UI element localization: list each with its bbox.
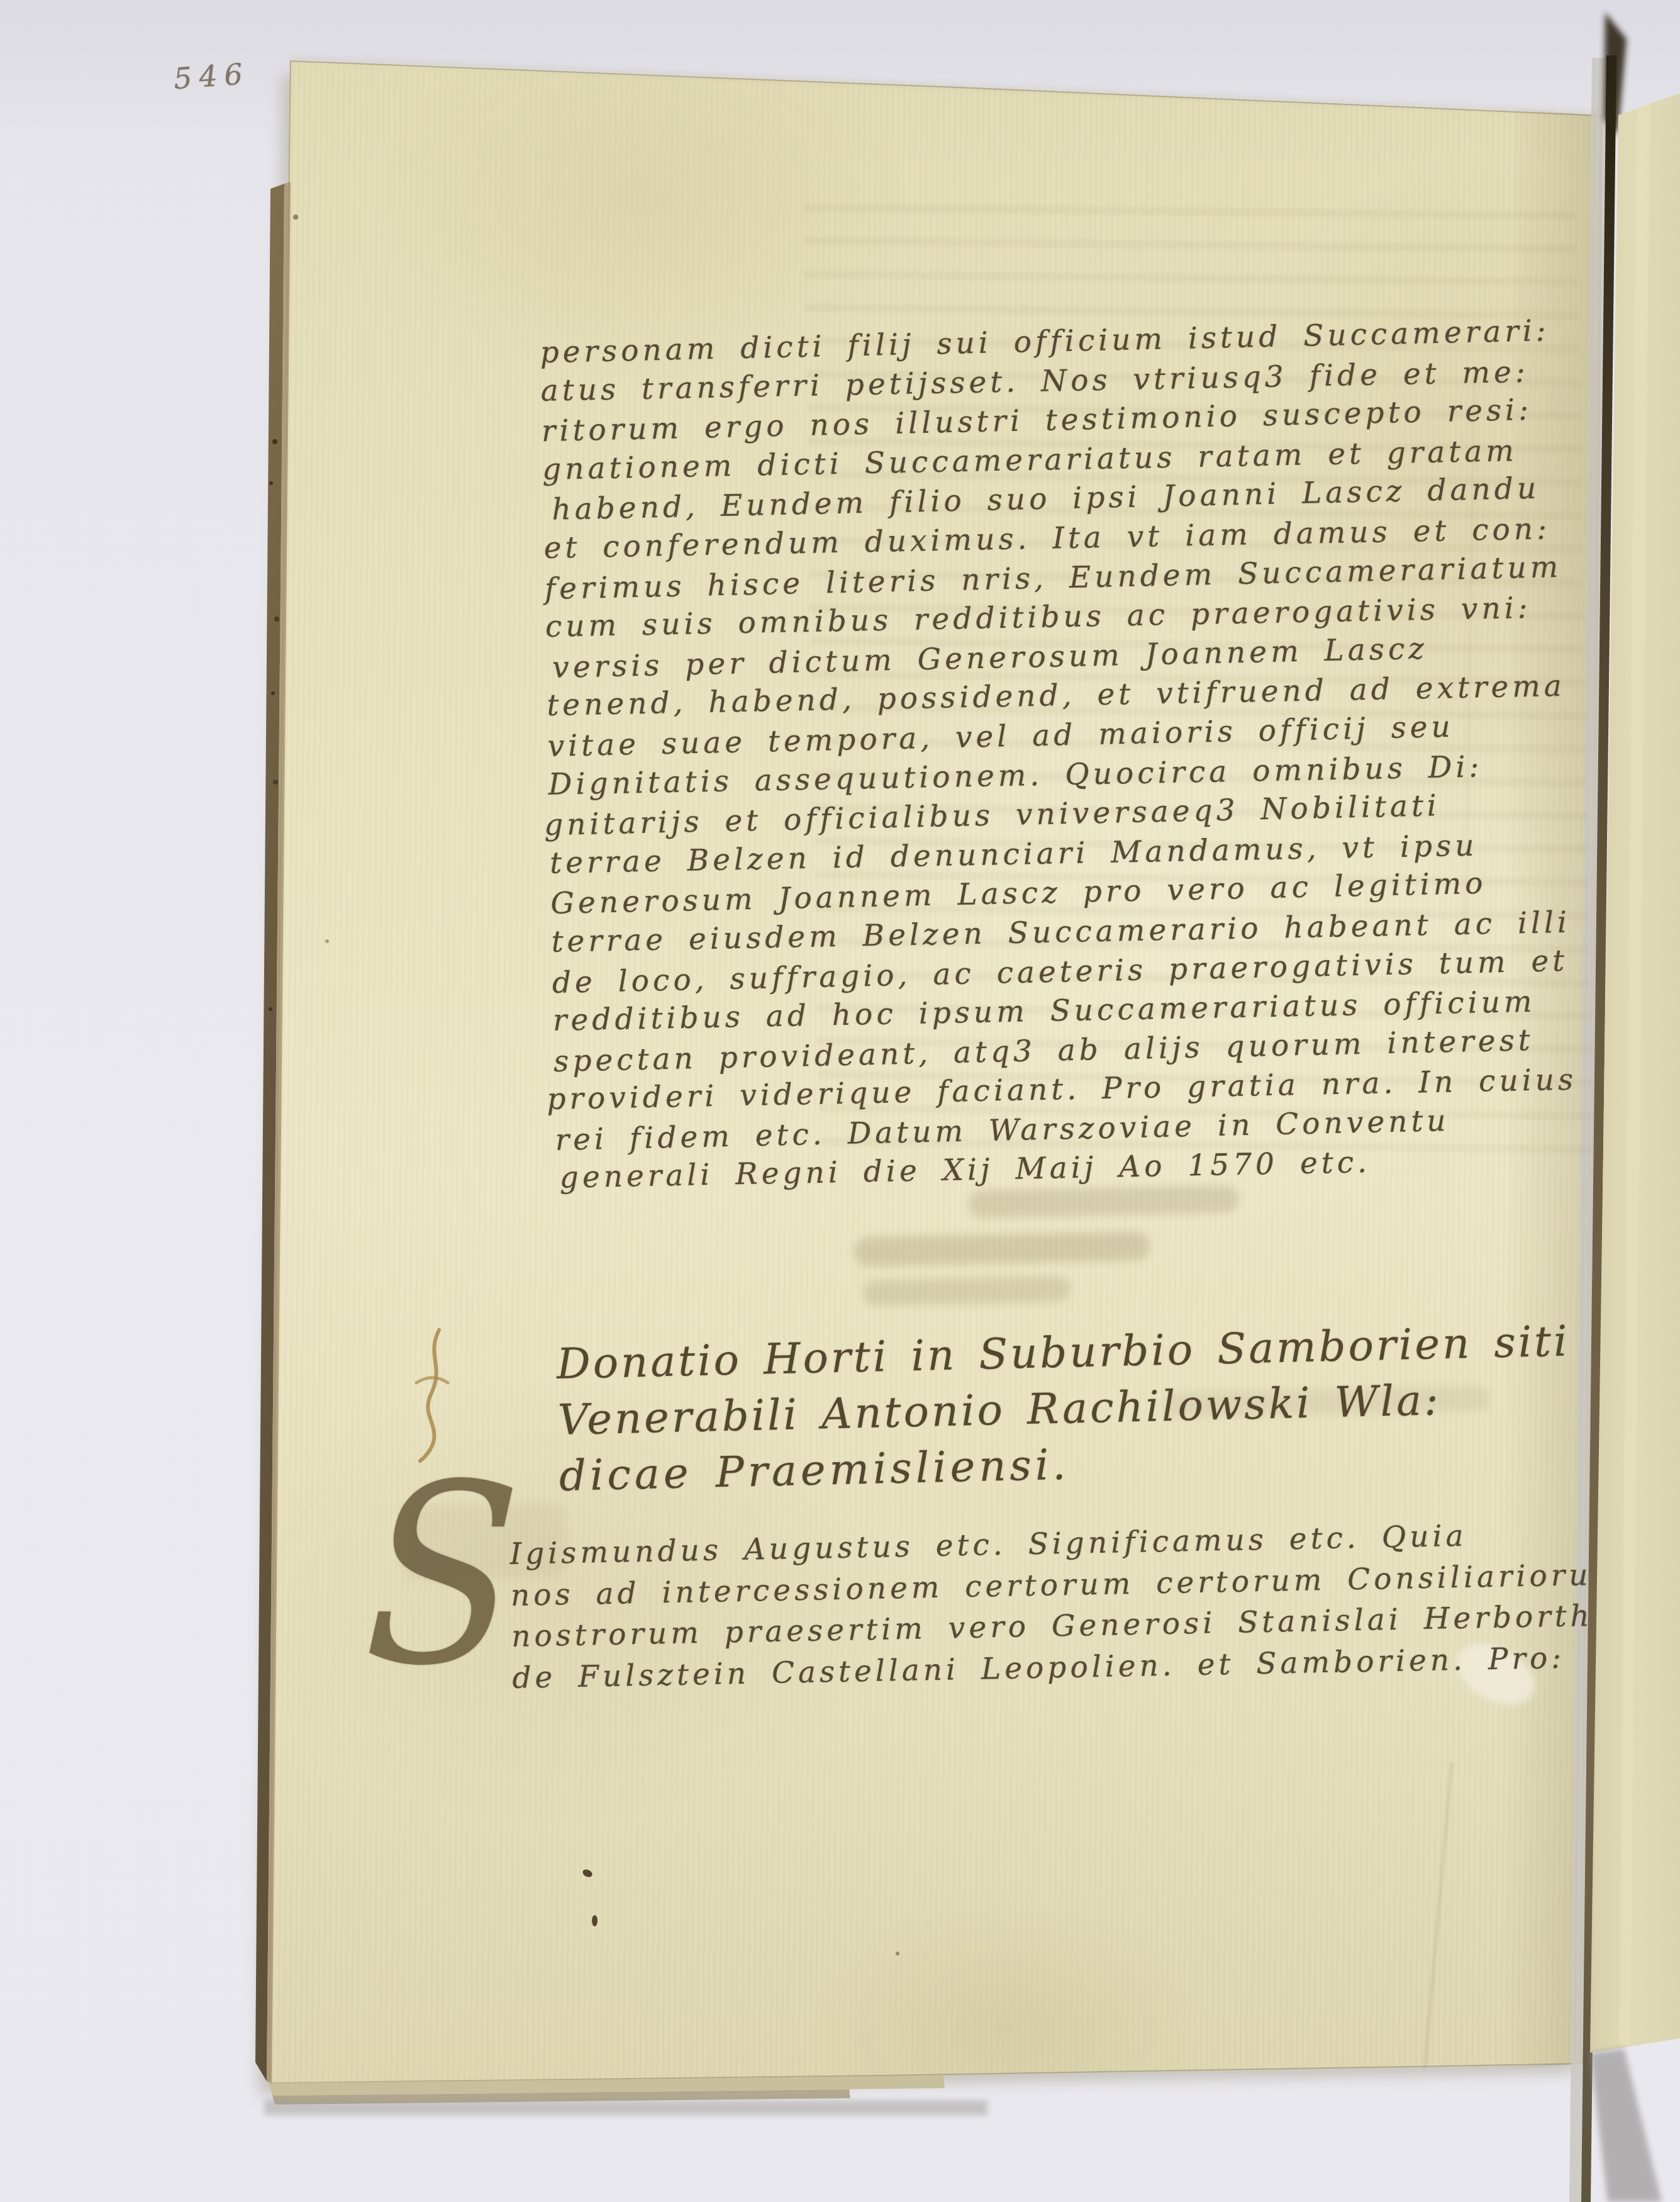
body-paragraph-2: Igismundus Augustus etc. Significamus et…	[509, 1513, 1594, 1699]
body-paragraph-1: personam dicti filij sui officium istud …	[540, 312, 1613, 1199]
folio-page-number: 546	[172, 57, 250, 96]
initial-letter: S	[361, 1452, 525, 1700]
act-heading: Donatio Horti in Suburbio Samborien siti…	[556, 1313, 1573, 1504]
bottom-stack-shadow	[264, 2100, 987, 2115]
manuscript-scan: 546 personam dicti filij sui officium is…	[0, 0, 1680, 2202]
bottom-right-shadow-wedge	[1590, 2048, 1662, 2202]
